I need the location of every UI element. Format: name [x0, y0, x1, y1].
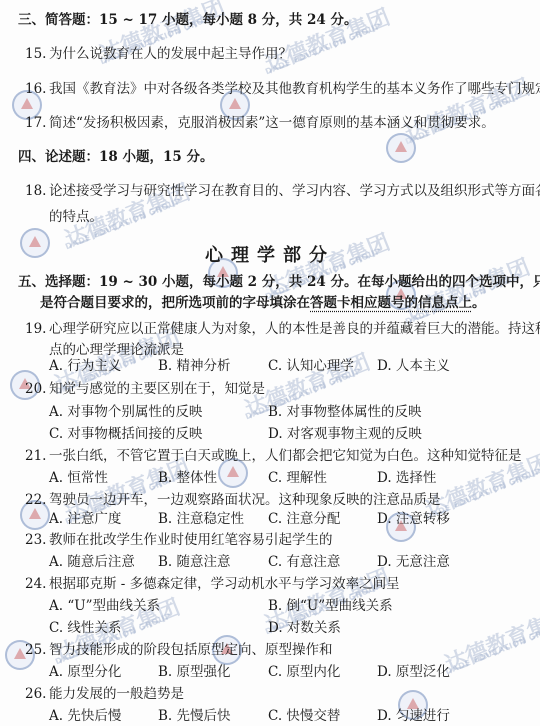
question-18: 18.论述接受学习与研究性学习在教育目的、学习内容、学习方式以及组织形式等方面各…: [25, 182, 540, 200]
section-heading-multiple-choice: 五、选择题：19 ~ 30 小题，每小题 2 分，共 24 分。在每小题给出的四…: [18, 273, 540, 291]
option-c: C. 线性关系: [49, 619, 121, 637]
option-d: D. 选择性: [377, 469, 436, 487]
option-c: C. 注意分配: [268, 510, 340, 528]
option-d: D. 匀速进行: [377, 707, 450, 725]
option-c: C. 对事物概括间接的反映: [49, 425, 202, 443]
option-c: C. 有意注意: [268, 553, 340, 571]
option-a: A. 随意后注意: [49, 553, 135, 571]
part-title: 心理学部分: [0, 241, 540, 267]
question-25: 25.智力技能形成的阶段包括原型定向、原型操作和: [25, 641, 333, 659]
option-c: C. 理解性: [268, 469, 327, 487]
option-b: B. 先慢后快: [158, 707, 231, 725]
option-b: B. 倒“U”型曲线关系: [268, 597, 393, 615]
option-d: D. 对客观事物主观的反映: [268, 425, 422, 443]
option-d: D. 无意注意: [377, 553, 450, 571]
question-18-continued: 的特点。: [49, 208, 103, 226]
option-a: A. 注意广度: [49, 510, 121, 528]
question-16: 16.我国《教育法》中对各级各类学校及其他教育机构学生的基本义务作了哪些专门规定…: [25, 80, 540, 98]
option-a: A. 原型分化: [49, 663, 121, 681]
option-b: B. 对事物整体属性的反映: [268, 403, 422, 421]
section-heading-short-answer: 三、简答题：15 ~ 17 小题，每小题 8 分，共 24 分。: [18, 11, 357, 29]
option-d: D. 对数关系: [268, 619, 341, 637]
option-c: C. 原型内化: [268, 663, 340, 681]
option-a: A. “U”型曲线关系: [49, 597, 160, 615]
option-d: D. 原型泛化: [377, 663, 450, 681]
option-b: B. 整体性: [158, 469, 217, 487]
option-a: A. 行为主义: [49, 357, 121, 375]
option-a: A. 恒常性: [49, 469, 108, 487]
option-d: D. 人本主义: [377, 357, 450, 375]
option-c: C. 认知心理学: [268, 357, 354, 375]
question-15: 15.为什么说教育在人的发展中起主导作用？: [25, 45, 292, 63]
question-22: 22.驾驶员一边开车，一边观察路面状况。这种现象反映的注意品质是: [25, 491, 441, 509]
question-26: 26.能力发展的一般趋势是: [25, 685, 184, 703]
section-heading-essay: 四、论述题：18 小题，15 分。: [18, 148, 213, 166]
watermark-logo-icon: [386, 133, 416, 163]
option-b: B. 精神分析: [158, 357, 231, 375]
option-d: D. 注意转移: [377, 510, 450, 528]
option-b: B. 注意稳定性: [158, 510, 244, 528]
question-21: 21.一张白纸，不管它置于白天或晚上，人们都会把它知觉为白色。这种知觉特征是: [25, 447, 522, 465]
question-20: 20.知觉与感觉的主要区别在于，知觉是: [25, 380, 265, 398]
question-23: 23.教师在批改学生作业时使用红笔容易引起学生的: [25, 531, 333, 549]
question-17: 17.简述“发扬积极因素，克服消极因素”这一德育原则的基本涵义和贯彻要求。: [25, 114, 495, 132]
option-b: B. 随意注意: [158, 553, 231, 571]
section-heading-multiple-choice-line2: 是符合题目要求的，把所选项前的字母填涂在答题卡相应题号的信息点上。: [40, 294, 486, 312]
option-b: B. 原型强化: [158, 663, 231, 681]
option-a: A. 先快后慢: [49, 707, 121, 725]
option-c: C. 快慢交替: [268, 707, 340, 725]
option-a: A. 对事物个别属性的反映: [49, 403, 202, 421]
question-24: 24.根据耶克斯 - 多德森定律，学习动机水平与学习效率之间呈: [25, 575, 400, 593]
question-19: 19.心理学研究应以正常健康人为对象，人的本性是善良的并蕴藏着巨大的潜能。持这种…: [25, 320, 540, 338]
